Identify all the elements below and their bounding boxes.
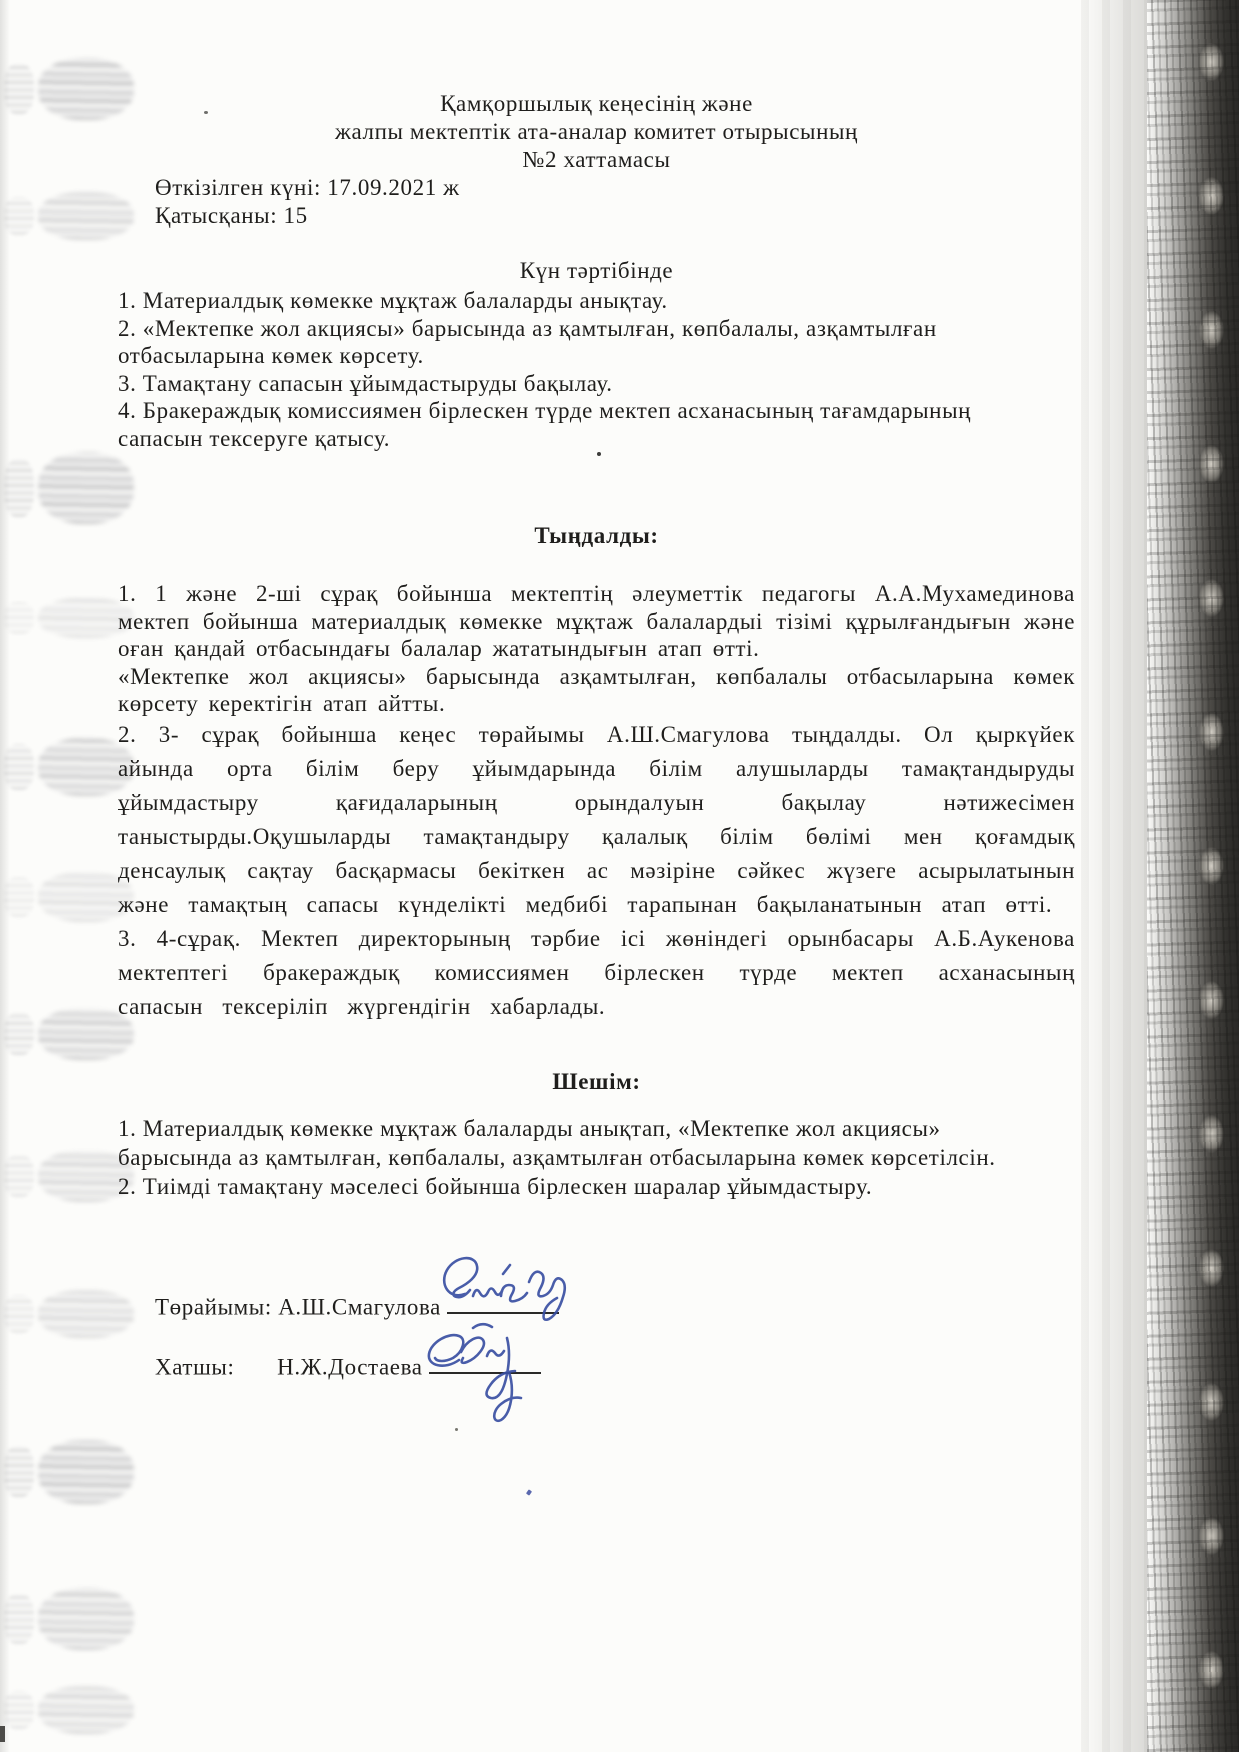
scan-corner-mark bbox=[0, 1726, 5, 1742]
heard-paragraph-1: 1. 1 және 2-ші сұрақ бойынша мектептің ә… bbox=[118, 580, 1075, 663]
chair-signature-line bbox=[447, 1287, 559, 1314]
secretary-name: Н.Ж.Достаева bbox=[277, 1354, 422, 1379]
chair-label: Төрайымы: bbox=[155, 1294, 272, 1319]
smudge-main bbox=[38, 1686, 134, 1734]
decision-line: 2. Тиімді тамақтану мәселесі бойынша бір… bbox=[118, 1172, 1075, 1201]
decision-heading: Шешім: bbox=[118, 1068, 1075, 1096]
signature-row-secretary: Хатшы: Н.Ж.Достаева bbox=[118, 1347, 1075, 1381]
bleed-through-smudge bbox=[0, 1440, 150, 1504]
meta-date: Өткізілген күні: 17.09.2021 ж bbox=[155, 174, 1075, 202]
page-curl-shading bbox=[1081, 0, 1147, 1752]
title-line-2: жалпы мектептік ата-аналар комитет отыры… bbox=[118, 118, 1075, 146]
chair-signature-ink bbox=[431, 1244, 589, 1328]
agenda-line: 3. Тамақтану сапасын ұйымдастыруды бақыл… bbox=[118, 370, 1075, 398]
document-title: Қамқоршылық кеңесінің және жалпы мектепт… bbox=[118, 90, 1075, 174]
document-content: Қамқоршылық кеңесінің және жалпы мектепт… bbox=[118, 0, 1075, 1381]
left-edge-shade bbox=[0, 0, 10, 1752]
secretary-signature-line bbox=[429, 1347, 541, 1374]
heard-heading: Тыңдалды: bbox=[118, 522, 1075, 550]
agenda-heading: Күн тәртібінде bbox=[118, 257, 1075, 285]
bleed-through-smudge bbox=[0, 1588, 150, 1650]
binding-edge-shadow bbox=[1147, 0, 1239, 1752]
agenda-line: 1. Материалдық көмекке мұқтаж балаларды … bbox=[118, 287, 1075, 315]
smudge-main bbox=[38, 1440, 134, 1504]
agenda-list: 1. Материалдық көмекке мұқтаж балаларды … bbox=[118, 287, 1075, 452]
heard-paragraph-4: 3. 4-сұрақ. Мектеп директорының тәрбие і… bbox=[118, 922, 1075, 1024]
signature-row-chair: Төрайымы: А.Ш.Смагулова bbox=[118, 1287, 1075, 1321]
heard-paragraph-3: 2. 3- сұрақ бойынша кеңес төрайымы А.Ш.С… bbox=[118, 718, 1075, 922]
scan-speck bbox=[455, 1428, 458, 1431]
meta-attendance: Қатысқаны: 15 bbox=[155, 202, 1075, 230]
decision-line: барысында аз қамтылған, көпбалалы, азқам… bbox=[118, 1143, 1075, 1172]
agenda-line: сапасын тексеруге қатысу. bbox=[118, 425, 1075, 453]
smudge-main bbox=[38, 1588, 134, 1650]
decision-line: 1. Материалдық көмекке мұқтаж балаларды … bbox=[118, 1114, 1075, 1143]
agenda-line: 2. «Мектепке жол акциясы» барысында аз қ… bbox=[118, 315, 1075, 343]
meta-block: Өткізілген күні: 17.09.2021 ж Қатысқаны:… bbox=[118, 174, 1075, 230]
agenda-line: отбасыларына көмек көрсету. bbox=[118, 342, 1075, 370]
secretary-label: Хатшы: bbox=[155, 1354, 234, 1379]
decision-list: 1. Материалдық көмекке мұқтаж балаларды … bbox=[118, 1114, 1075, 1201]
ink-speck bbox=[526, 1489, 532, 1495]
heard-paragraph-2: «Мектепке жол акциясы» барысында азқамты… bbox=[118, 663, 1075, 718]
title-line-1: Қамқоршылық кеңесінің және bbox=[118, 90, 1075, 118]
scanned-protocol-page: Қамқоршылық кеңесінің және жалпы мектепт… bbox=[0, 0, 1239, 1752]
agenda-line: 4. Бракераждық комиссиямен бірлескен түр… bbox=[118, 397, 1075, 425]
bleed-through-smudge bbox=[0, 1686, 150, 1734]
secretary-signature-ink bbox=[415, 1312, 563, 1434]
title-line-3: №2 хаттамасы bbox=[118, 146, 1075, 174]
chair-name: А.Ш.Смагулова bbox=[278, 1294, 441, 1319]
